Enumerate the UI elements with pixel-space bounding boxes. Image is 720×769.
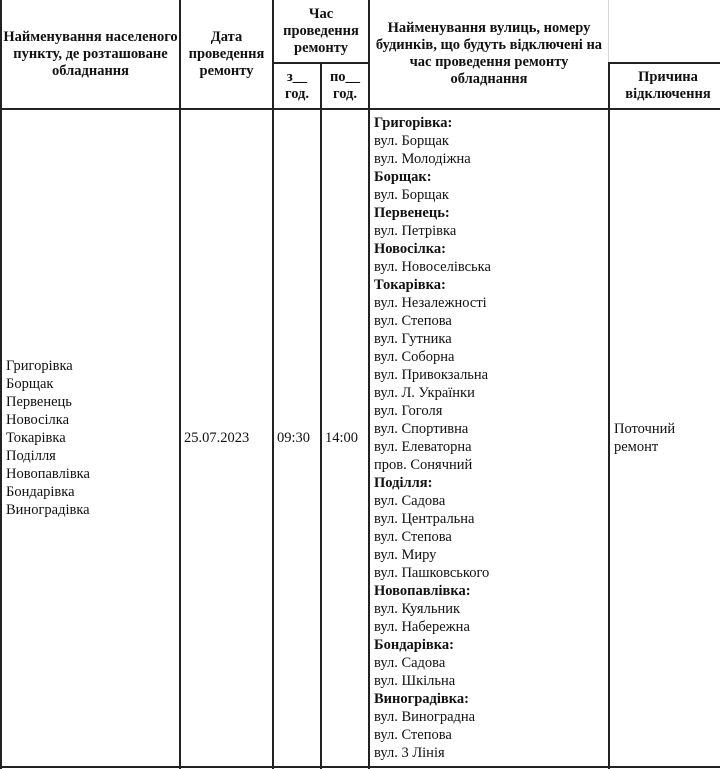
town-heading: Поділля: [374,474,491,492]
border [368,0,370,769]
street-item: вул. Спортивна [374,420,491,438]
header-date: Дата проведення ремонту [181,0,272,108]
street-item: вул. Гоголя [374,402,491,420]
time-to-value: 14:00 [325,429,358,447]
header-time-to: по__ год. [322,64,368,108]
street-item: вул. Елеваторна [374,438,491,456]
town-heading: Борщак: [374,168,491,186]
street-item: вул. Привокзальна [374,366,491,384]
header-settlement: Найменування населеного пункту, де розта… [2,0,179,108]
street-item: вул. 3 Лінія [374,744,491,762]
settlement-item: Борщак [6,375,90,393]
border [608,0,609,63]
street-item: вул. Садова [374,654,491,672]
header-time-from: з__ год. [274,64,320,108]
street-item: вул. Пашковського [374,564,491,582]
outage-reason: Поточний ремонт [614,420,714,456]
outage-table: Найменування населеного пункту, де розта… [0,0,720,769]
street-item: вул. Новоселівська [374,258,491,276]
town-heading: Токарівка: [374,276,491,294]
settlement-item: Бондарівка [6,483,90,501]
settlement-item: Новосілка [6,411,90,429]
street-item: пров. Сонячний [374,456,491,474]
street-item: вул. Степова [374,528,491,546]
street-item: вул. Куяльник [374,600,491,618]
town-heading: Григорівка: [374,114,491,132]
town-heading: Виноградівка: [374,690,491,708]
settlement-item: Токарівка [6,429,90,447]
settlement-item: Григорівка [6,357,90,375]
street-item: вул. Садова [374,492,491,510]
street-item: вул. Петрівка [374,222,491,240]
street-item: вул. Виноградна [374,708,491,726]
border [179,0,181,769]
border [0,766,720,768]
street-item: вул. Степова [374,312,491,330]
town-heading: Новосілка: [374,240,491,258]
street-item: вул. Борщак [374,132,491,150]
street-item: вул. Л. Українки [374,384,491,402]
street-item: вул. Борщак [374,186,491,204]
town-heading: Первенець: [374,204,491,222]
settlement-item: Поділля [6,447,90,465]
street-list: Григорівка:вул. Борщаквул. МолодіжнаБорщ… [374,114,491,762]
settlement-item: Первенець [6,393,90,411]
street-item: вул. Гутника [374,330,491,348]
town-heading: Бондарівка: [374,636,491,654]
settlement-item: Новопавлівка [6,465,90,483]
street-item: вул. Миру [374,546,491,564]
header-time: Час проведення ремонту [274,0,368,62]
town-heading: Новопавлівка: [374,582,491,600]
street-item: вул. Центральна [374,510,491,528]
repair-date: 25.07.2023 [184,429,249,447]
street-item: вул. Соборна [374,348,491,366]
street-item: вул. Шкільна [374,672,491,690]
street-item: вул. Степова [374,726,491,744]
border [272,0,274,769]
border [0,0,2,769]
time-from-value: 09:30 [277,429,310,447]
street-item: вул. Набережна [374,618,491,636]
header-streets: Найменування вулиць, номеру будинків, що… [370,0,608,108]
settlement-item: Виноградівка [6,501,90,519]
border [608,63,610,769]
settlement-list: ГригорівкаБорщакПервенецьНовосілкаТокарі… [6,357,90,519]
header-reason: Причина відключення [610,64,720,108]
border [0,108,720,110]
street-item: вул. Молодіжна [374,150,491,168]
border [320,63,322,769]
street-item: вул. Незалежності [374,294,491,312]
